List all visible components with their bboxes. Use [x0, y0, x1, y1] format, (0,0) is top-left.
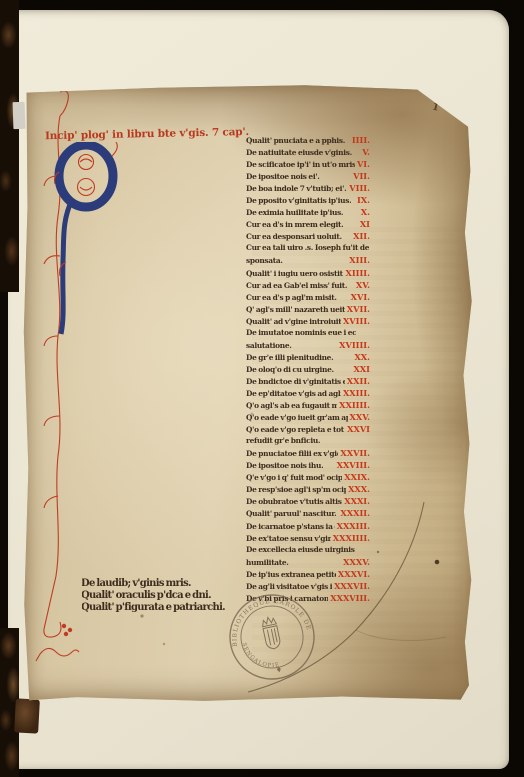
- chapter-numeral: XXXVIII.: [328, 592, 370, 604]
- chapter-title: Q'o agl's ab ea fugauit metum: [246, 400, 337, 412]
- text-line: [58, 528, 256, 540]
- text-line: [58, 355, 256, 367]
- chapter-title: Qualit' oraculis p'dca e dni.: [82, 590, 211, 601]
- text-line: [58, 404, 256, 416]
- chapter-line: Qualit' paruul' nascitur. XXXII.: [246, 507, 370, 519]
- chapter-title: Cur ea d's p agl'm misit.: [246, 292, 337, 304]
- left-text-column: Ca.De laudib; v'ginis mris. .II.Qualit' …: [58, 144, 256, 615]
- text-line: [58, 280, 256, 292]
- text-line: [58, 144, 256, 156]
- chapter-title: Q' agl's mill' nazareth ueit.: [246, 304, 345, 316]
- chapter-line: Cur ea desponsari uoluit. XII.: [246, 230, 370, 242]
- stamp-arc-top-text: BIBLIOTHEQUE CAROLE DE: [224, 590, 313, 647]
- chapter-line: Q'o eade v'go repleta e tot miris XXVI: [246, 423, 370, 435]
- text-line: [58, 429, 256, 441]
- chapter-line: refudit gr'e bnficiu.: [246, 435, 370, 447]
- chapter-title: De obubratoe v'tutis altissimi.: [246, 496, 342, 508]
- manuscript-page: Incip' plog' in libru bte v'gis. 7 cap'.…: [22, 84, 479, 704]
- chapter-line: De bndictoe di v'ginitatis ei fecuda XXI…: [246, 375, 370, 387]
- chapter-numeral: XXI: [351, 363, 370, 375]
- text-line: [58, 541, 256, 553]
- chapter-numeral: VII.: [351, 170, 370, 182]
- text-line: [58, 330, 256, 342]
- text-line: [58, 342, 256, 354]
- text-line: [58, 317, 256, 329]
- text-line: [58, 392, 256, 404]
- text-line: [58, 206, 256, 218]
- stamp-crowned-shield: [261, 616, 281, 650]
- chapter-title: De gr'e illi plenitudine.: [246, 352, 333, 364]
- chapter-line: humilitate. XXXV.: [246, 556, 370, 568]
- chapter-numeral: XVII.: [345, 303, 370, 315]
- chapter-title: De scificatoe ip'i' in ut'o mris.: [246, 159, 355, 171]
- prologue-lines: [58, 144, 256, 578]
- chapter-line: Q'o agl's ab ea fugauit metum XXIIII.: [246, 399, 370, 411]
- text-line: [58, 181, 256, 193]
- chapter-title: Cur ea d's in mrem elegit.: [246, 219, 343, 231]
- chapter-title: Q'e v'go i q' fuit mod' ocipiedi.: [246, 472, 342, 484]
- chapter-line: De icarnatoe p'stans ia oceptu. XXXIII.: [246, 520, 370, 532]
- text-line: [58, 367, 256, 379]
- capitulum-line: Ca.De laudib; v'ginis mris.: [82, 578, 256, 590]
- chapter-numeral: XVI.: [349, 291, 370, 303]
- chapter-line: Cur ad ea Gab'el miss' fuit. XV.: [246, 279, 370, 291]
- chapter-numeral: VI.: [355, 158, 370, 170]
- text-line: [58, 466, 256, 478]
- chapter-title: De icarnatoe p'stans ia oceptu.: [246, 521, 335, 533]
- chapter-numeral: XXII.: [345, 375, 370, 387]
- chapter-title: salutatione.: [246, 340, 292, 352]
- chapter-line: Q' agl's mill' nazareth ueit. XVII.: [246, 303, 370, 315]
- chapter-title: humilitate.: [246, 557, 289, 569]
- chapter-numeral: XIIII.: [343, 267, 370, 279]
- chapter-line: De boa indole 7 v'tutib; ei'. VIII.: [246, 182, 370, 194]
- chapter-line: De excellecia eiusde uirginis: [246, 544, 370, 556]
- chapter-numeral: XXIX.: [342, 471, 370, 483]
- chapter-line: De gr'e illi plenitudine. XX.: [246, 351, 370, 363]
- chapter-numeral: XIII.: [347, 254, 370, 266]
- chapter-title: sponsata.: [246, 255, 283, 267]
- chapter-line: Qualit' pnuciata e a pphis. IIII.: [246, 134, 370, 146]
- text-line: [58, 293, 256, 305]
- chapter-line: De oloq'o di cu uirgine. XXI: [246, 363, 370, 375]
- chapter-title: De ipositoe nois ihu.: [246, 460, 323, 472]
- chapter-line: De pnuciatoe filii ex v'gie nascit'i XXV…: [246, 447, 370, 459]
- chapter-line: Qualit' i iugiu uero osistit. XIIII.: [246, 267, 370, 279]
- chapter-title: De ep'ditatoe v'gis ad agli affatu: [246, 388, 341, 400]
- chapter-numeral: XVIII.: [341, 315, 370, 327]
- chapter-numeral: XXXII.: [338, 507, 370, 519]
- text-line: [58, 218, 256, 230]
- chapter-line: De ip'ius extranea petitone. XXXVI.: [246, 568, 370, 580]
- chapter-numeral: XXXV.: [341, 556, 370, 568]
- text-line: [58, 417, 256, 429]
- chapter-title: De resp'sioe agl'i sp'm ocipiedi.: [246, 484, 346, 496]
- chapter-numeral: XXVIII.: [335, 459, 370, 471]
- chapter-numeral: IIII.: [350, 134, 370, 146]
- chapter-title: De natiuitate eiusde v'ginis.: [246, 147, 352, 159]
- chapter-numeral: XXVI: [345, 423, 370, 435]
- chapter-title: De excellecia eiusde uirginis: [246, 544, 355, 556]
- chapter-line: De ipositoe nois ei'. VII.: [246, 170, 370, 182]
- chapter-line: Q'o eade v'go iueit gr'am ap' dnm. XXV.: [246, 411, 370, 423]
- chapter-numeral: XXX.: [346, 483, 370, 495]
- chapter-numeral: XI: [358, 218, 370, 230]
- text-line: [58, 565, 256, 577]
- chapter-line: De ipositoe nois ihu. XXVIII.: [246, 459, 370, 471]
- chapter-numeral: XV.: [354, 279, 370, 291]
- chapter-numeral: XXIIII.: [337, 399, 370, 411]
- film-edge-texture-top: [0, 0, 19, 292]
- chapter-numeral: V.: [360, 146, 370, 158]
- chapter-line: De pposito v'ginitatis ip'ius. IX.: [246, 194, 370, 206]
- chapter-title: Qualit' pnuciata e a pphis.: [246, 135, 345, 147]
- chapter-title: Qualit' p'figurata e patriarchi.: [82, 602, 225, 613]
- chapter-line: Cur ea tali uiro .s. Ioseph fu'it de: [246, 242, 370, 254]
- text-line: [58, 169, 256, 181]
- text-line: [58, 194, 256, 206]
- right-chapter-list: Qualit' pnuciata e a pphis. IIII. De nat…: [246, 134, 370, 604]
- chapter-title: Cur ad ea Gab'el miss' fuit.: [246, 280, 347, 292]
- chapter-line: De natiuitate eiusde v'ginis. V.: [246, 146, 370, 158]
- mat-corner-stain: [14, 698, 40, 733]
- text-line: [58, 243, 256, 255]
- chapter-title: Qualit' paruul' nascitur.: [246, 508, 336, 520]
- chapter-numeral: X.: [359, 206, 370, 218]
- chapter-title: Cur ea tali uiro .s. Ioseph fu'it de: [246, 242, 369, 254]
- chapter-title: De pnuciatoe filii ex v'gie nascit'i: [246, 448, 338, 460]
- chapter-numeral: XXXVII.: [332, 580, 370, 592]
- chapter-title: De bndictoe di v'ginitatis ei fecuda: [246, 376, 345, 388]
- chapter-line: De ex'tatoe sensu v'ginee. XXXIIII.: [246, 532, 370, 544]
- text-line: [58, 231, 256, 243]
- chapter-title: De oloq'o di cu uirgine.: [246, 364, 334, 376]
- chapter-numeral: XXXVI.: [336, 568, 370, 580]
- chapter-line: Q'e v'go i q' fuit mod' ocipiedi. XXIX.: [246, 471, 370, 483]
- mount-tab: [13, 102, 26, 129]
- rubric-incipit: Incip' plog' in libru bte v'gis. 7 cap'.: [45, 126, 260, 142]
- chapter-numeral: XX.: [352, 351, 370, 363]
- stamp-arc-bottom-text: SENGALOPIE: [241, 636, 281, 675]
- text-line: [58, 379, 256, 391]
- chapter-line: Cur ea d's p agl'm misit. XVI.: [246, 291, 370, 303]
- chapter-numeral: VIII.: [347, 182, 370, 194]
- chapter-title: refudit gr'e bnficiu.: [246, 435, 320, 447]
- text-line: [58, 553, 256, 565]
- chapter-numeral: XXXIII.: [335, 520, 370, 532]
- chapter-line: De obubratoe v'tutis altissimi. XXXI.: [246, 495, 370, 507]
- chapter-numeral: XXXIIII.: [331, 532, 370, 544]
- chapter-title: De boa indole 7 v'tutib; ei'.: [246, 183, 346, 195]
- chapter-title: De eximia huilitate ip'ius.: [246, 207, 343, 219]
- chapter-numeral: XVIIII.: [337, 339, 370, 351]
- chapter-numeral: XXVII.: [338, 447, 370, 459]
- chapter-line: sponsata. XIII.: [246, 254, 370, 266]
- chapter-title: De laudib; v'ginis mris.: [82, 578, 191, 589]
- chapter-title: Qualit' i iugiu uero osistit.: [246, 268, 343, 280]
- text-line: [58, 441, 256, 453]
- text-line: [58, 479, 256, 491]
- text-line: [58, 305, 256, 317]
- chapter-line: De resp'sioe agl'i sp'm ocipiedi. XXX.: [246, 483, 370, 495]
- text-line: [58, 503, 256, 515]
- chapter-numeral: XXV.: [348, 411, 370, 423]
- chapter-line: De scificatoe ip'i' in ut'o mris. VI.: [246, 158, 370, 170]
- chapter-line: Qualit' ad v'gine introiuit. XVIII.: [246, 315, 370, 327]
- text-line: [58, 256, 256, 268]
- chapter-line: De imutatoe nominis eue i ec: [246, 327, 370, 339]
- chapter-line: Cur ea d's in mrem elegit. XI: [246, 218, 370, 230]
- chapter-numeral: XXXI.: [342, 495, 370, 507]
- library-stamp: BIBLIOTHEQUE CAROLE DE SENGALOPIE: [217, 582, 326, 691]
- text-line: [58, 156, 256, 168]
- chapter-title: De imutatoe nominis eue i ec: [246, 327, 356, 339]
- chapter-title: Q'o eade v'go iueit gr'am ap' dnm.: [246, 412, 348, 424]
- text-line: [58, 516, 256, 528]
- chapter-line: salutatione. XVIIII.: [246, 339, 370, 351]
- text-line: [58, 454, 256, 466]
- chapter-line: De eximia huilitate ip'ius. X.: [246, 206, 370, 218]
- text-line: [58, 268, 256, 280]
- manuscript-photograph: { "palette": { "surround_black": "#0b070…: [0, 0, 524, 777]
- chapter-numeral: XII.: [351, 230, 370, 242]
- chapter-numeral: IX.: [355, 194, 370, 206]
- chapter-title: De ip'ius extranea petitone.: [246, 569, 336, 581]
- chapter-title: De ipositoe nois ei'.: [246, 171, 320, 183]
- chapter-line: De ep'ditatoe v'gis ad agli affatu XXIII…: [246, 387, 370, 399]
- chapter-numeral: XXIII.: [341, 387, 370, 399]
- text-line: [58, 491, 256, 503]
- chapter-title: De pposito v'ginitatis ip'ius.: [246, 195, 351, 207]
